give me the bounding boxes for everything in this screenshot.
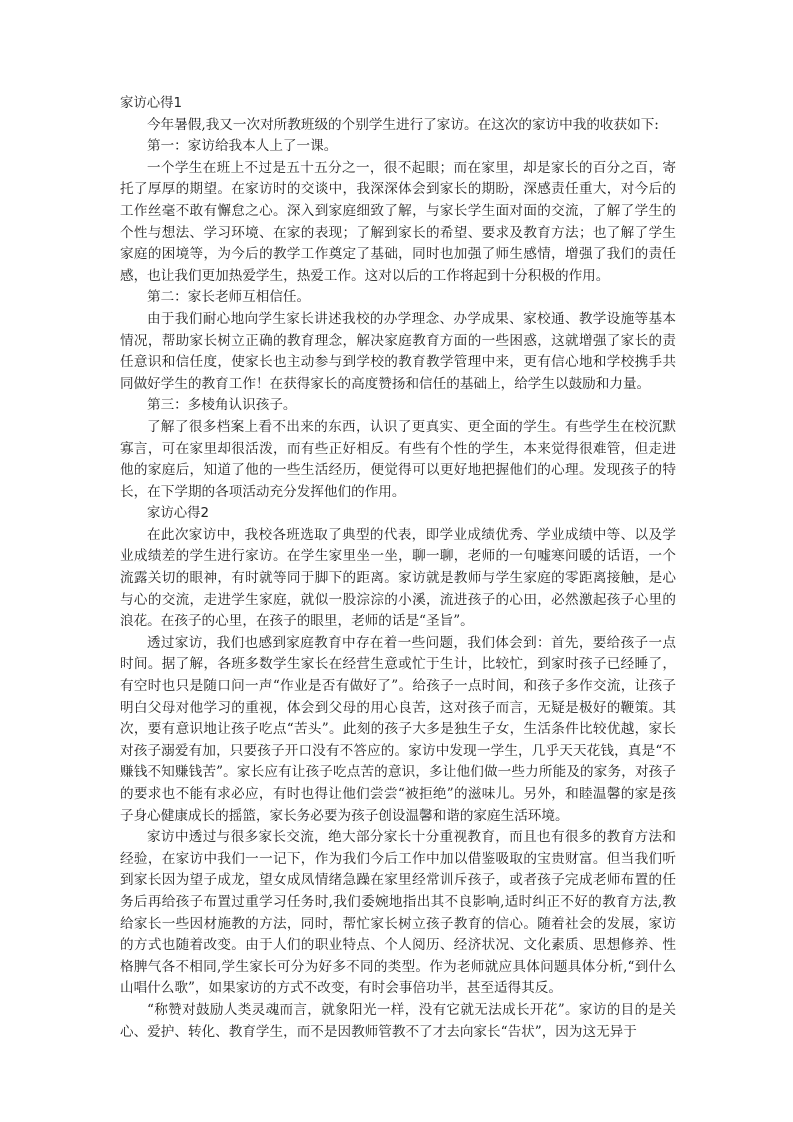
paragraph: “称赞对鼓励人类灵魂而言，就象阳光一样，没有它就无法成长开花”。家访的目的是关心… — [120, 1000, 676, 1043]
paragraph: 今年暑假,我又一次对所教班级的个别学生进行了家访。在这次的家访中我的收获如下: — [120, 115, 676, 137]
subheading-second: 第二：家长老师互相信任。 — [120, 287, 676, 309]
subheading-first: 第一：家访给我本人上了一课。 — [120, 136, 676, 158]
section-title-1: 家访心得1 — [120, 93, 676, 115]
paragraph: 透过家访，我们也感到家庭教育中存在着一些问题，我们体会到：首先，要给孩子一点时间… — [120, 633, 676, 827]
document-page: 家访心得1 今年暑假,我又一次对所教班级的个别学生进行了家访。在这次的家访中我的… — [120, 93, 676, 1043]
paragraph: 了解了很多档案上看不出来的东西，认识了更真实、更全面的学生。有些学生在校沉默寡言… — [120, 417, 676, 503]
section-title-2: 家访心得2 — [120, 503, 676, 525]
paragraph: 家访中透过与很多家长交流，绝大部分家长十分重视教育，而且也有很多的教育方法和经验… — [120, 827, 676, 1000]
paragraph: 一个学生在班上不过是五十五分之一，很不起眼；而在家里，却是家长的百分之百，寄托了… — [120, 158, 676, 288]
paragraph: 在此次家访中，我校各班选取了典型的代表，即学业成绩优秀、学业成绩中等、以及学业成… — [120, 525, 676, 633]
subheading-third: 第三：多棱角认识孩子。 — [120, 395, 676, 417]
paragraph: 由于我们耐心地向学生家长讲述我校的办学理念、办学成果、家校通、教学设施等基本情况… — [120, 309, 676, 395]
